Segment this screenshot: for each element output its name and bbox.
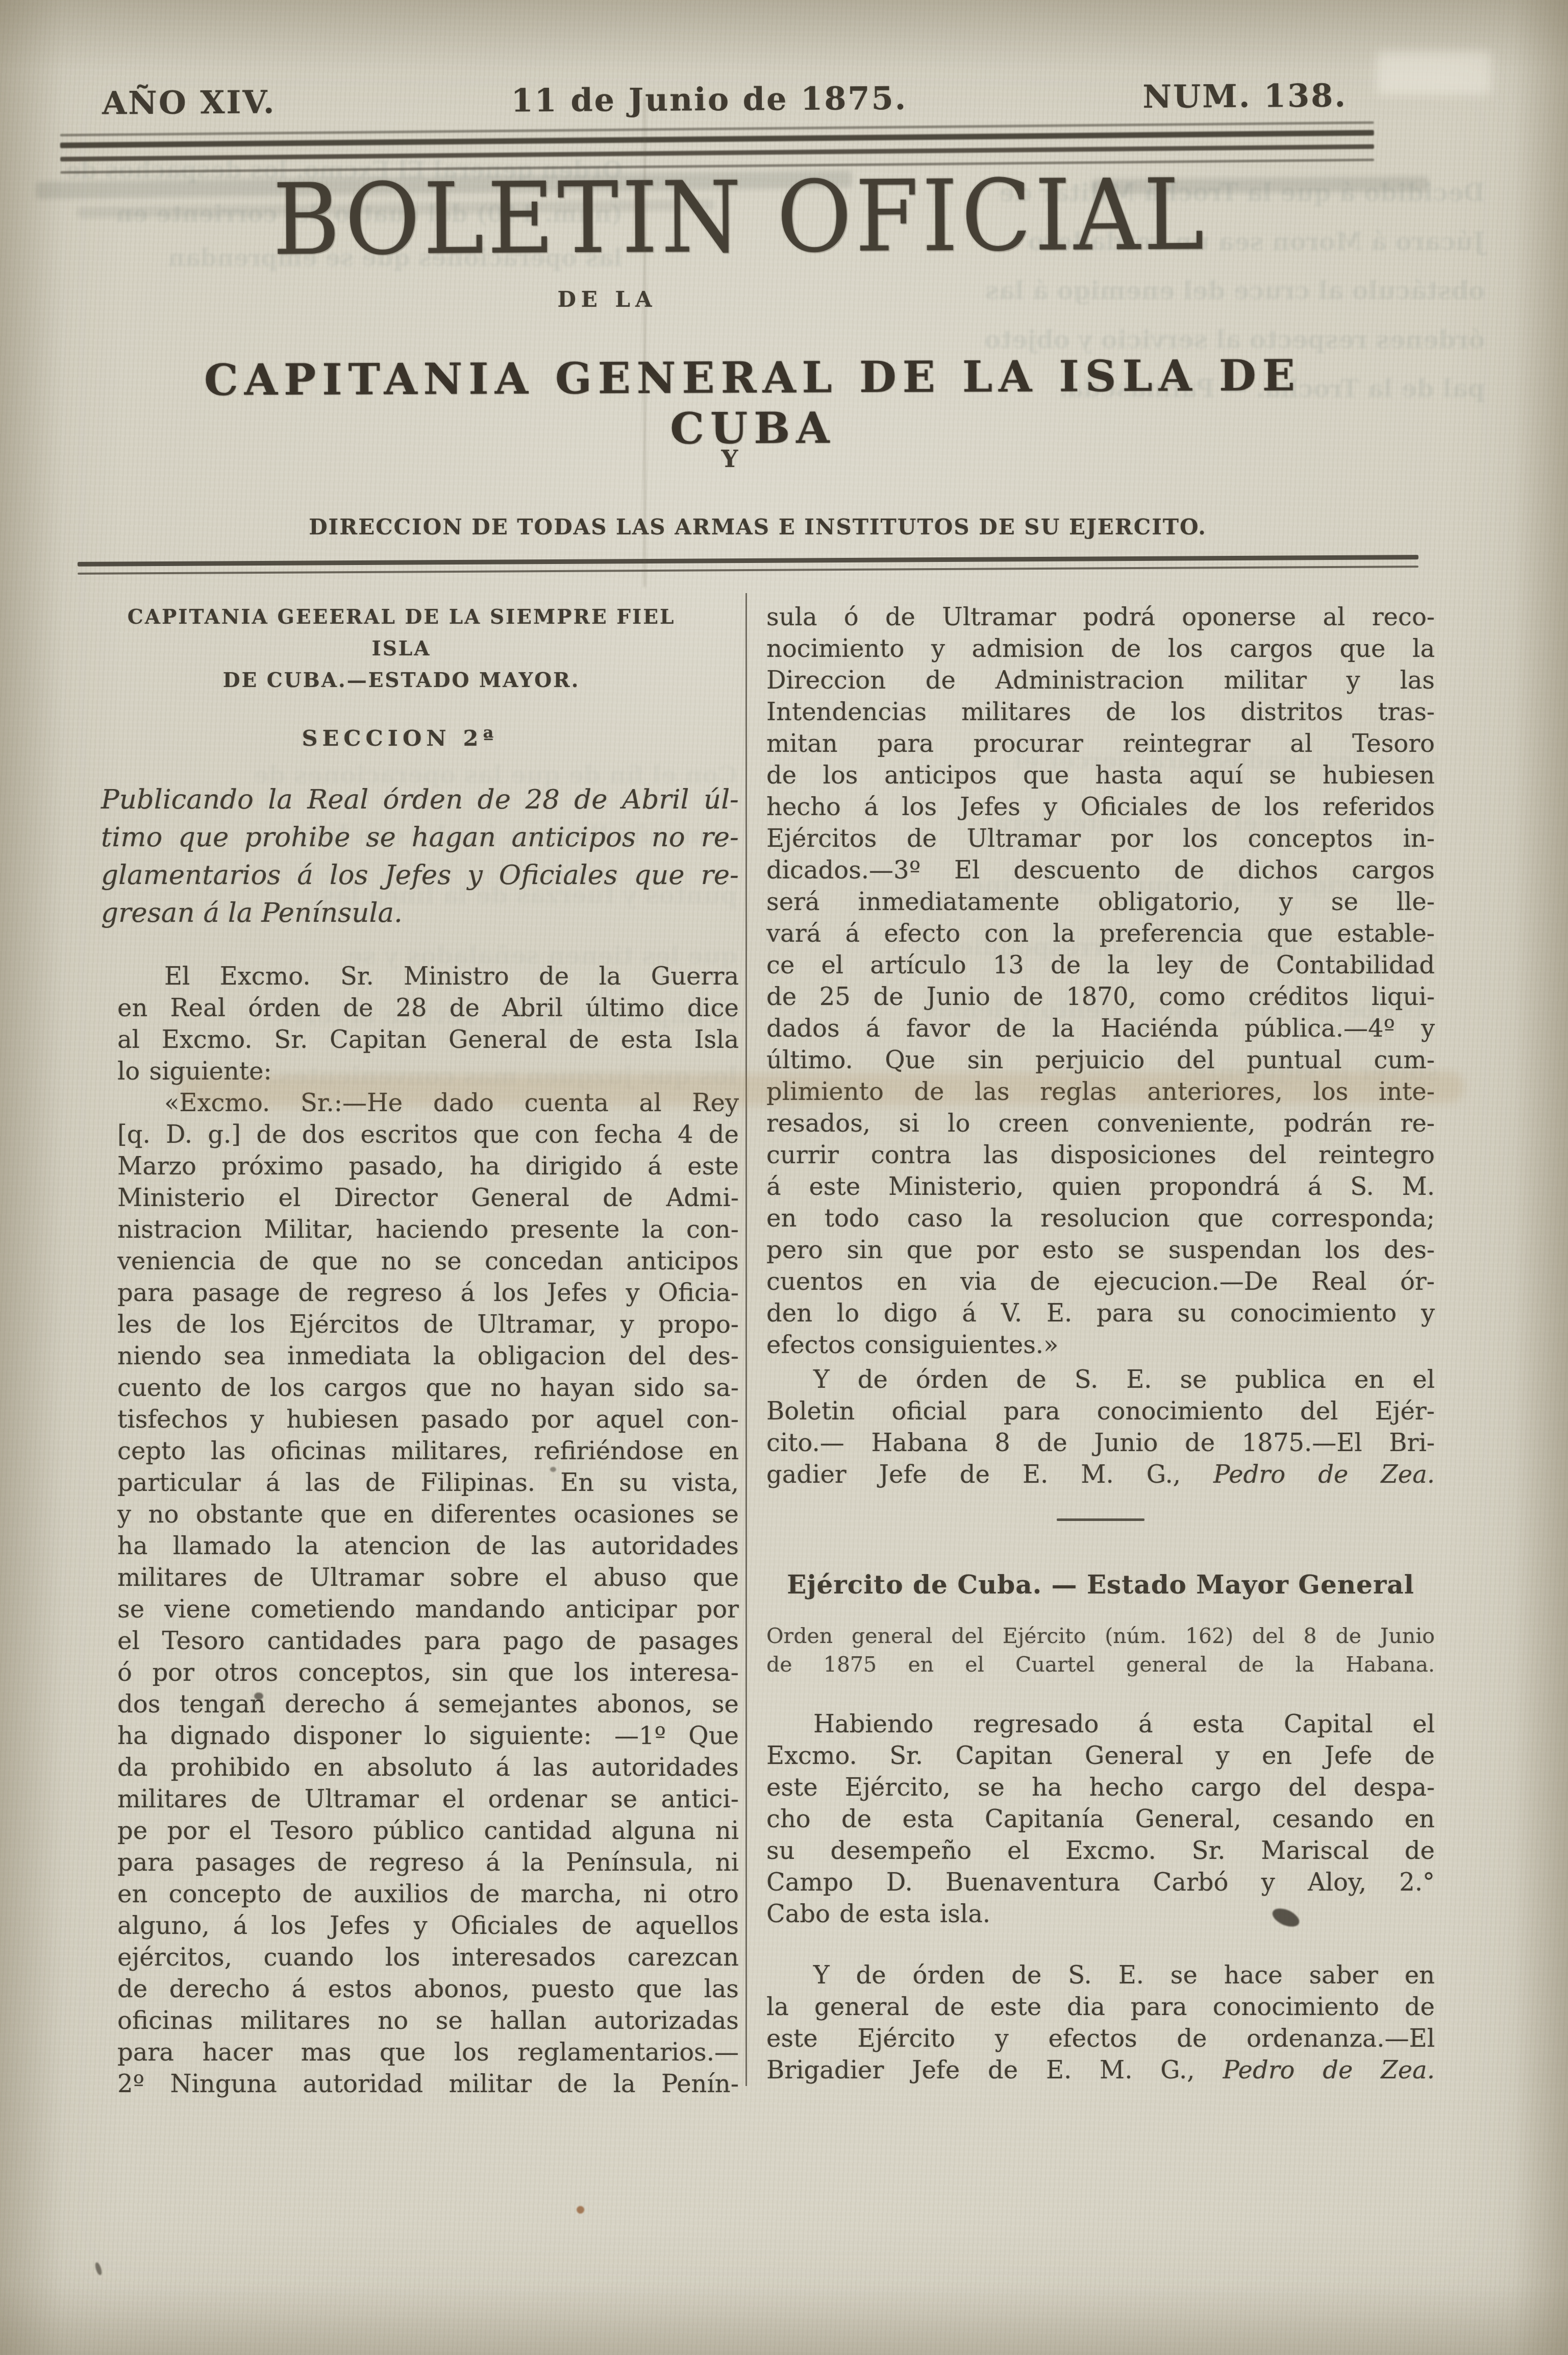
scan-vignette xyxy=(0,0,1568,2355)
scanned-page: Orden general El Excmo. los despachos de… xyxy=(0,0,1568,2355)
